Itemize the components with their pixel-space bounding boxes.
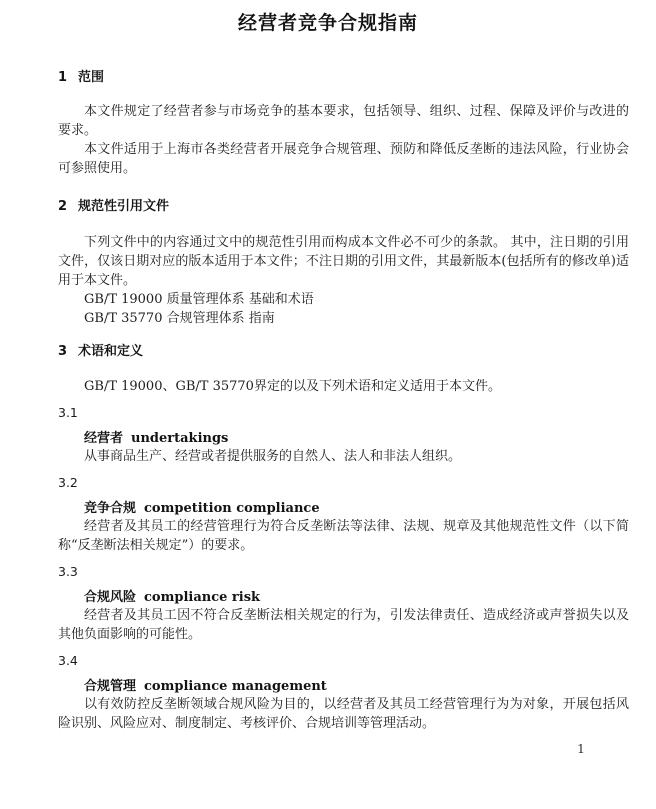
term-3-4-heading: 合规管理compliance management	[58, 679, 629, 695]
section-1-body: 本文件规定了经营者参与市场竞争的基本要求，包括领导、组织、过程、保障及评价与改进…	[58, 102, 629, 178]
document-title: 经营者竞争合规指南	[0, 0, 656, 35]
section-3-heading: 3术语和定义	[58, 344, 629, 359]
term-3-4-definition: 以有效防控反垄断领域合规风险为目的，以经营者及其员工经营管理行为为对象，开展包括…	[58, 695, 629, 733]
page-number: 1	[577, 741, 585, 756]
document-page: 经营者竞争合规指南 1范围 本文件规定了经营者参与市场竞争的基本要求，包括领导、…	[0, 0, 656, 809]
document-content: 1范围 本文件规定了经营者参与市场竞争的基本要求，包括领导、组织、过程、保障及评…	[58, 70, 629, 733]
term-3-4: 3.4 合规管理compliance management 以有效防控反垄断领域…	[58, 653, 629, 733]
term-3-3-definition: 经营者及其员工因不符合反垄断法相关规定的行为，引发法律责任、造成经济或声誉损失以…	[58, 606, 629, 644]
term-3-4-en: compliance management	[144, 679, 327, 694]
term-3-3-en: compliance risk	[144, 590, 260, 605]
section-2-number: 2	[58, 199, 67, 214]
section-1-number: 1	[58, 70, 67, 85]
term-3-1-definition: 从事商品生产、经营或者提供服务的自然人、法人和非法人组织。	[58, 447, 629, 466]
section-1-heading: 1范围	[58, 70, 629, 85]
term-3-2-zh: 竞争合规	[84, 501, 136, 516]
term-3-1-heading: 经营者undertakings	[58, 431, 629, 447]
term-3-2-definition: 经营者及其员工的经营管理行为符合反垄断法等法律、法规、规章及其他规范性文件（以下…	[58, 517, 629, 555]
section-3-title: 术语和定义	[78, 344, 143, 359]
section-3-body: GB/T 19000、GB/T 35770界定的以及下列术语和定义适用于本文件。	[58, 377, 629, 396]
term-3-2: 3.2 竞争合规competition compliance 经营者及其员工的经…	[58, 475, 629, 555]
term-3-2-en: competition compliance	[144, 501, 320, 516]
reference-gbt-19000: GB/T 19000 质量管理体系 基础和术语	[58, 290, 629, 309]
section-2-heading: 2规范性引用文件	[58, 199, 629, 214]
term-3-3-heading: 合规风险compliance risk	[58, 590, 629, 606]
term-3-2-number: 3.2	[58, 475, 629, 490]
term-3-1-zh: 经营者	[84, 431, 123, 446]
terms-intro-paragraph: GB/T 19000、GB/T 35770界定的以及下列术语和定义适用于本文件。	[58, 377, 629, 396]
term-3-1-en: undertakings	[131, 431, 228, 446]
term-3-2-heading: 竞争合规competition compliance	[58, 501, 629, 517]
section-3-number: 3	[58, 344, 67, 359]
scope-paragraph-2: 本文件适用于上海市各类经营者开展竞争合规管理、预防和降低反垄断的违法风险，行业协…	[58, 140, 629, 178]
normative-references-paragraph: 下列文件中的内容通过文中的规范性引用而构成本文件必不可少的条款。 其中，注日期的…	[58, 233, 629, 290]
reference-gbt-35770: GB/T 35770 合规管理体系 指南	[58, 309, 629, 328]
term-3-3: 3.3 合规风险compliance risk 经营者及其员工因不符合反垄断法相…	[58, 564, 629, 644]
term-3-1: 3.1 经营者undertakings 从事商品生产、经营或者提供服务的自然人、…	[58, 405, 629, 466]
term-3-4-number: 3.4	[58, 653, 629, 668]
section-2-body: 下列文件中的内容通过文中的规范性引用而构成本文件必不可少的条款。 其中，注日期的…	[58, 233, 629, 328]
section-1-title: 范围	[78, 70, 104, 85]
term-3-4-zh: 合规管理	[84, 679, 136, 694]
section-2-title: 规范性引用文件	[78, 199, 169, 214]
scope-paragraph-1: 本文件规定了经营者参与市场竞争的基本要求，包括领导、组织、过程、保障及评价与改进…	[58, 102, 629, 140]
term-3-1-number: 3.1	[58, 405, 629, 420]
term-3-3-zh: 合规风险	[84, 590, 136, 605]
term-3-3-number: 3.3	[58, 564, 629, 579]
